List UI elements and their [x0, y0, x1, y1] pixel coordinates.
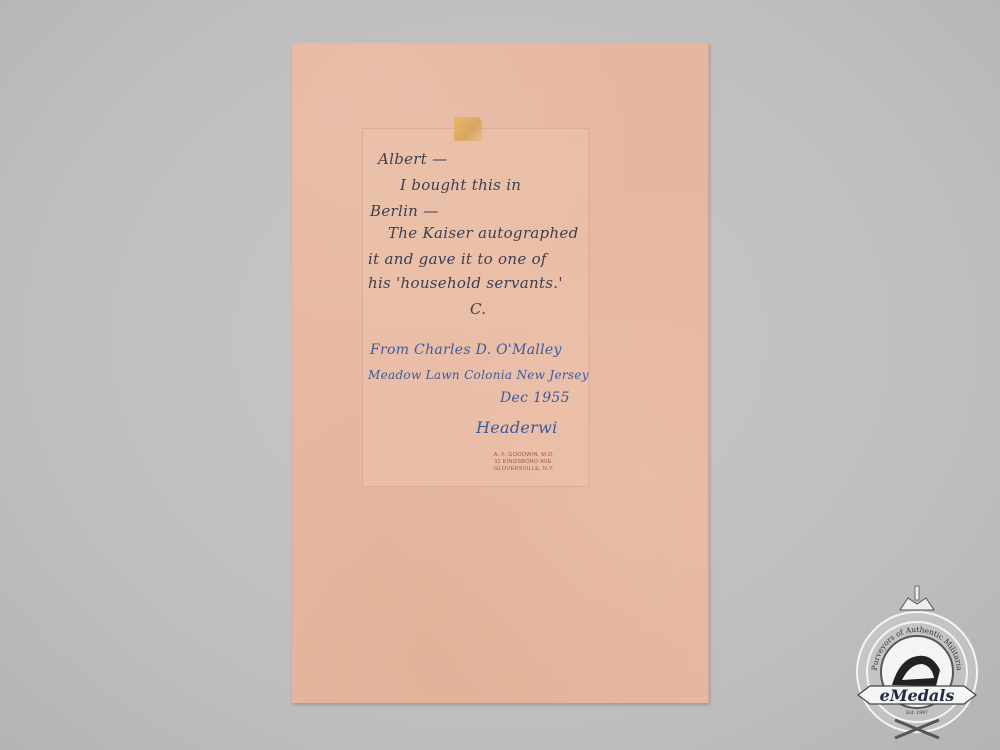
note-line-6: his 'household servants.': [368, 274, 563, 292]
tape-piece: [454, 117, 482, 141]
provenance-date: Dec 1955: [500, 390, 570, 406]
signature: Headerwi: [476, 418, 558, 437]
note-line-3: Berlin —: [370, 202, 439, 220]
stamp-line-1: A. F. GOODWIN, M.D.: [484, 452, 564, 459]
note-line-5: it and gave it to one of: [368, 250, 547, 268]
note-line-7: C.: [470, 300, 486, 318]
provenance-line-2: Meadow Lawn Colonia New Jersey: [368, 368, 589, 382]
stamp-line-3: GLOVERSVILLE, N.Y.: [484, 466, 564, 473]
stamp-line-2: 11 KINGSBORO AVE.: [484, 459, 564, 466]
provenance-line-1: From Charles D. O'Malley: [370, 342, 562, 358]
note-line-1: Albert —: [378, 150, 447, 168]
logo-brand: eMedals: [880, 686, 955, 705]
emedals-logo-watermark: eMedals Est. 1997 Purveyors of Authentic…: [840, 580, 995, 745]
emedals-badge-icon: eMedals Est. 1997 Purveyors of Authentic…: [840, 580, 995, 745]
note-line-2: I bought this in: [400, 176, 521, 194]
logo-established: Est. 1997: [906, 710, 928, 716]
note-line-4: The Kaiser autographed: [388, 224, 579, 242]
printed-stamp: A. F. GOODWIN, M.D. 11 KINGSBORO AVE. GL…: [484, 452, 564, 473]
